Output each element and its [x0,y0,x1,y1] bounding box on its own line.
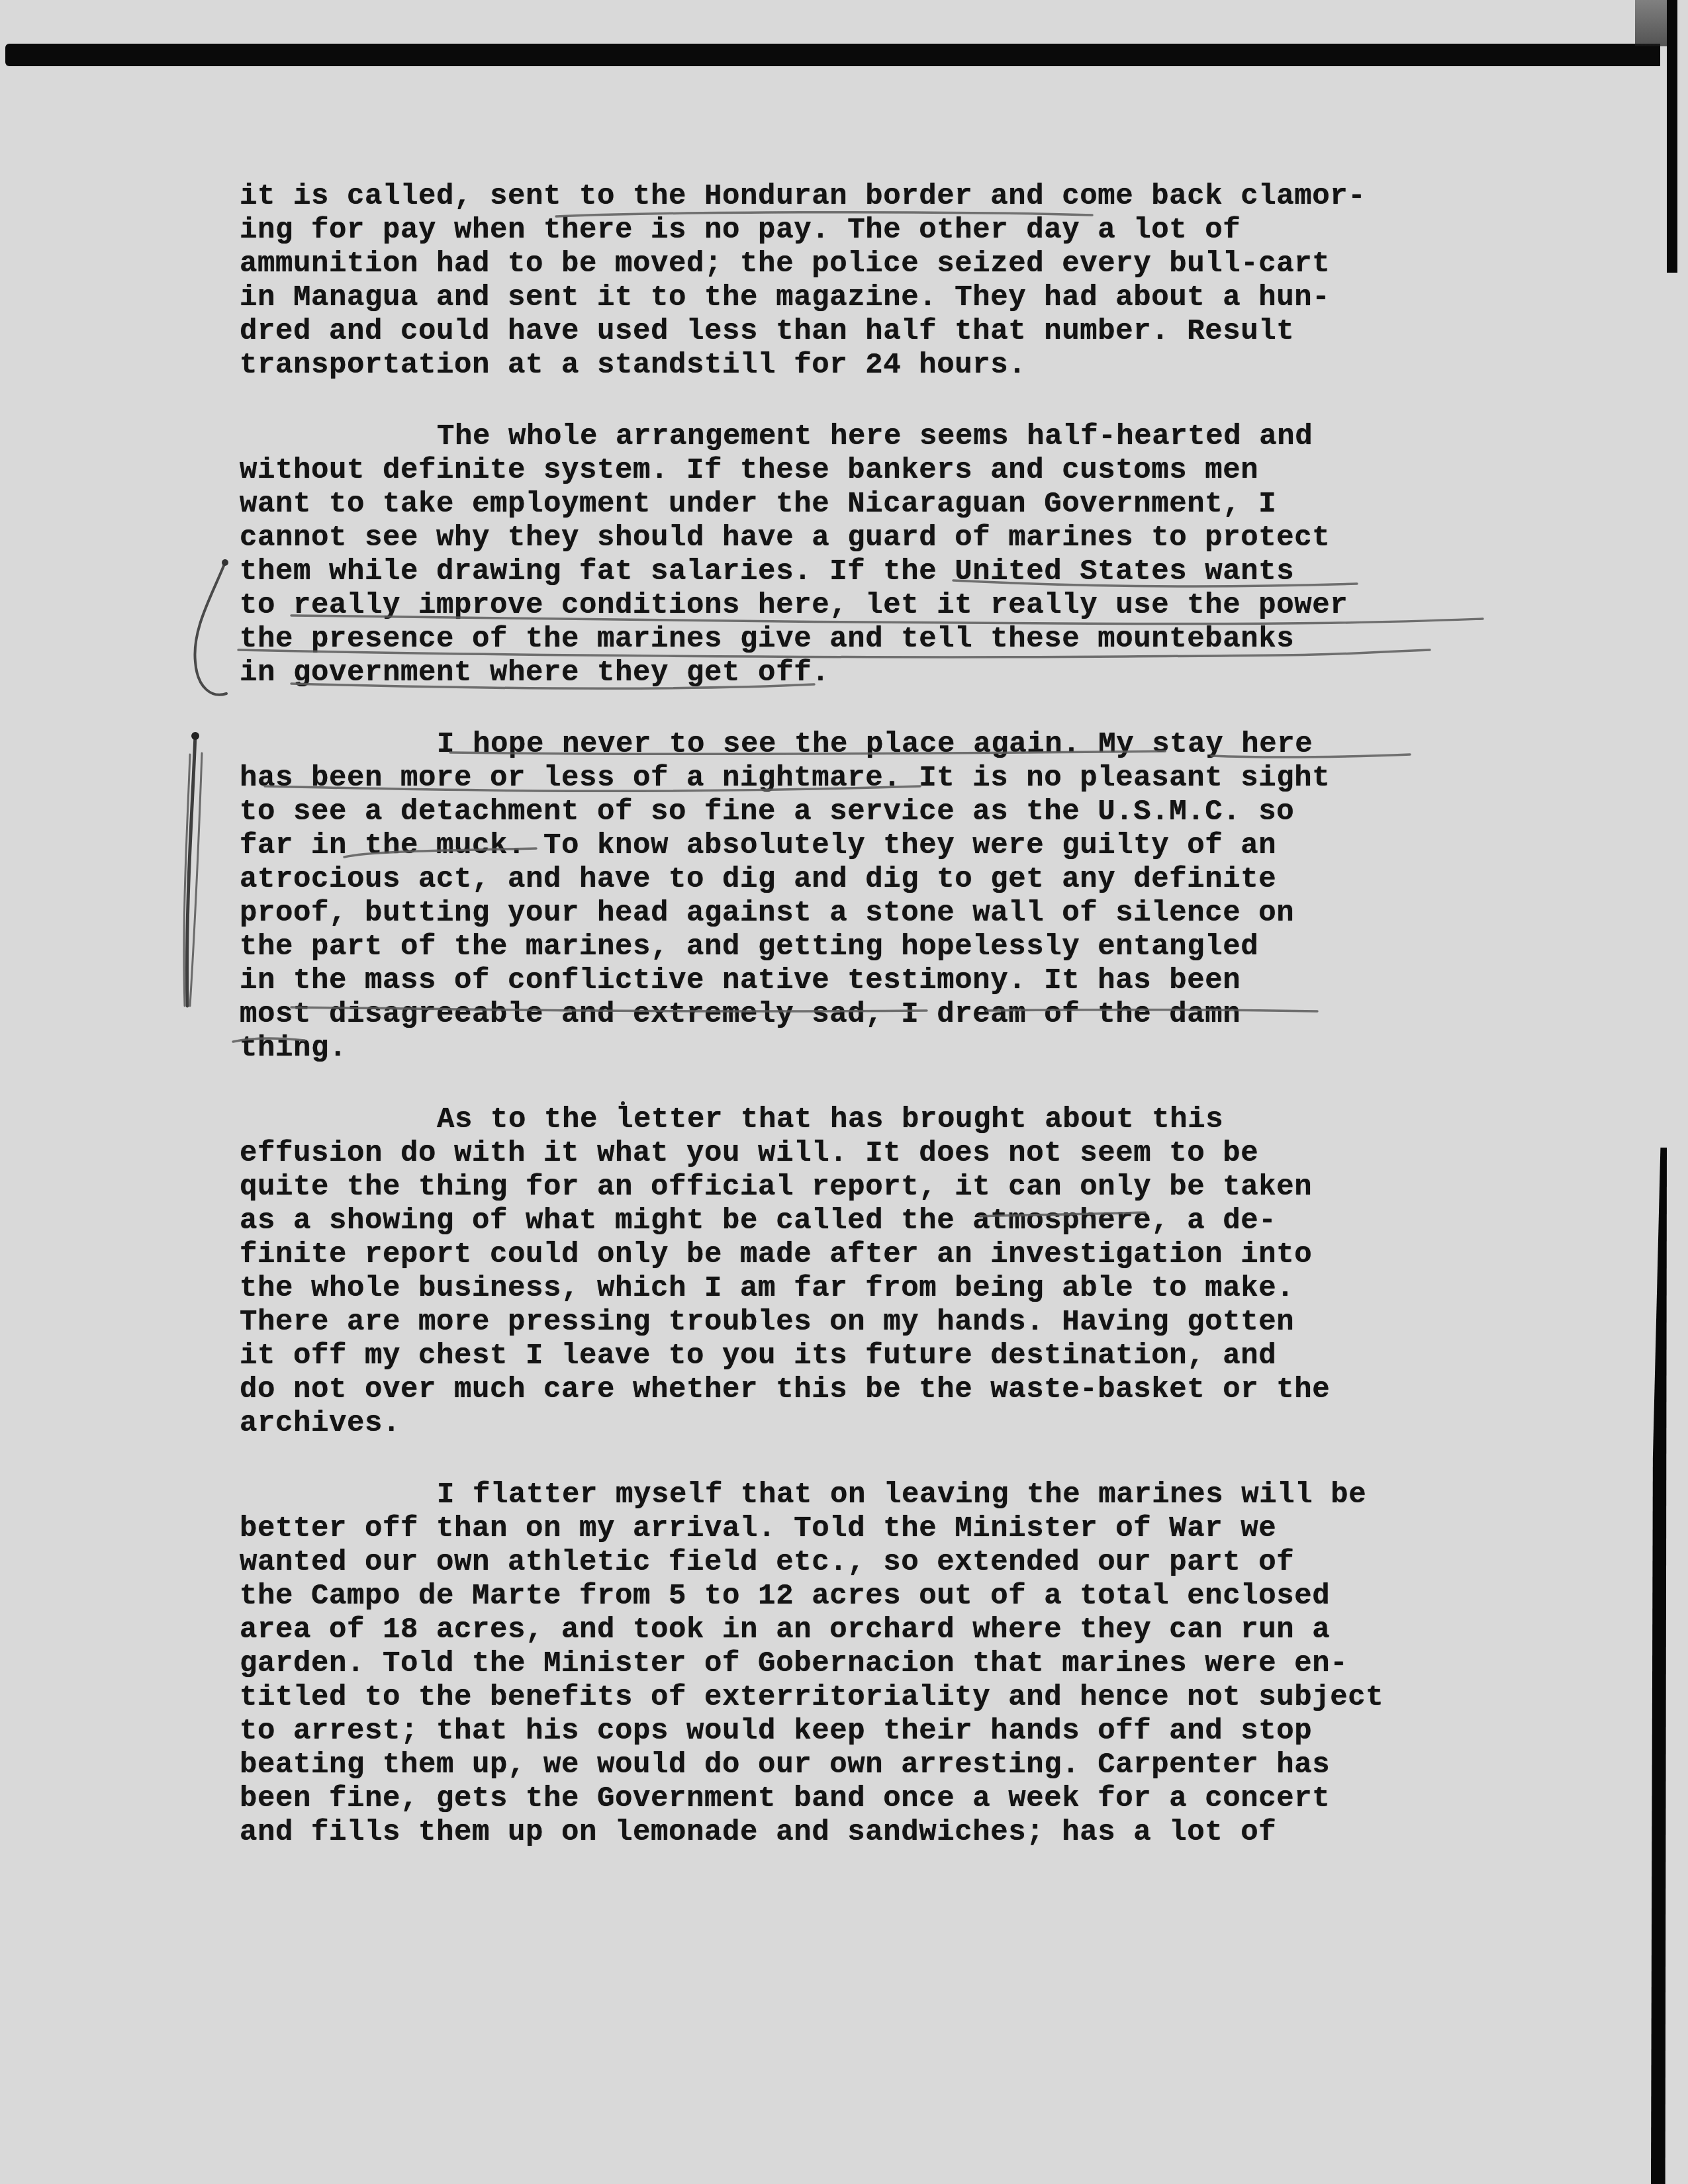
text-line: ing for pay when there is no pay. The ot… [240,214,1497,248]
text-line: transportation at a standstill for 24 ho… [240,349,1497,383]
text-line: has been more or less of a nightmare. It… [240,762,1497,796]
text-line: without definite system. If these banker… [240,454,1497,488]
document-page: it is called, sent to the Honduran borde… [0,0,1688,2184]
text-line: area of 18 acres, and took in an orchard… [240,1614,1497,1647]
text-line: effusion do with it what you will. It do… [240,1137,1497,1171]
text-line: been fine, gets the Government band once… [240,1782,1497,1816]
text-line: the whole business, which I am far from … [240,1272,1497,1306]
text-line: it is called, sent to the Honduran borde… [240,180,1497,214]
text-line: wanted our own athletic field etc., so e… [240,1546,1497,1580]
text-line: most disagreeable and extremely sad, I d… [240,998,1497,1032]
text-line: as a showing of what might be called the… [240,1205,1497,1238]
text-line: to see a detachment of so fine a service… [240,796,1497,829]
text-line: cannot see why they should have a guard … [240,522,1497,555]
text-line: atrocious act, and have to dig and dig t… [240,863,1497,897]
text-line: better off than on my arrival. Told the … [240,1512,1497,1546]
scan-border-right-lower [1651,1148,1667,2184]
text-line: want to take employment under the Nicara… [240,488,1497,522]
text-line: garden. Told the Minister of Gobernacion… [240,1647,1497,1681]
text-line: proof, butting your head against a stone… [240,897,1497,931]
text-line: ammunition had to be moved; the police s… [240,248,1497,281]
text-line: the Campo de Marte from 5 to 12 acres ou… [240,1580,1497,1614]
text-line: The whole arrangement here seems half-he… [240,420,1497,454]
pencil-bracket-icon [185,556,238,708]
text-line: quite the thing for an official report, … [240,1171,1497,1205]
text-line: the part of the marines, and getting hop… [240,931,1497,964]
text-line: As to the letter that has brought about … [240,1103,1497,1137]
text-line: thing. [240,1032,1497,1066]
text-line: There are more pressing troubles on my h… [240,1306,1497,1340]
text-line: titled to the benefits of exterritoriali… [240,1681,1497,1715]
text-line: archives. [240,1407,1497,1441]
text-line: in government where they get off. [240,657,1497,690]
paragraph-5: I flatter myself that on leaving the mar… [240,1479,1497,1850]
text-line: it off my chest I leave to you its futur… [240,1340,1497,1373]
text-line: dred and could have used less than half … [240,315,1497,349]
text-line: to really improve conditions here, let i… [240,589,1497,623]
paragraph-4: As to the letter that has brought about … [240,1103,1497,1441]
letter-body: it is called, sent to the Honduran borde… [240,180,1497,1850]
text-line: and fills them up on lemonade and sandwi… [240,1816,1497,1850]
text-line: them while drawing fat salaries. If the … [240,555,1497,589]
paragraph-3: I hope never to see the place again. My … [240,728,1497,1066]
scan-border-right-upper [1667,0,1677,273]
text-line: do not over much care whether this be th… [240,1373,1497,1407]
paragraph-2: The whole arrangement here seems half-he… [240,420,1497,690]
text-line: in Managua and sent it to the magazine. … [240,281,1497,315]
pencil-double-line-icon [175,728,215,1019]
paragraph-1: it is called, sent to the Honduran borde… [240,180,1497,383]
scan-smudge [1635,0,1668,46]
text-line: in the mass of conflictive native testim… [240,964,1497,998]
text-line: I hope never to see the place again. My … [240,728,1497,762]
text-line: far in the muck. To know absolutely they… [240,829,1497,863]
text-line: finite report could only be made after a… [240,1238,1497,1272]
scan-border-top [5,44,1660,66]
text-line: beating them up, we would do our own arr… [240,1749,1497,1782]
text-line: to arrest; that his cops would keep thei… [240,1715,1497,1749]
text-line: I flatter myself that on leaving the mar… [240,1479,1497,1512]
text-line: the presence of the marines give and tel… [240,623,1497,657]
